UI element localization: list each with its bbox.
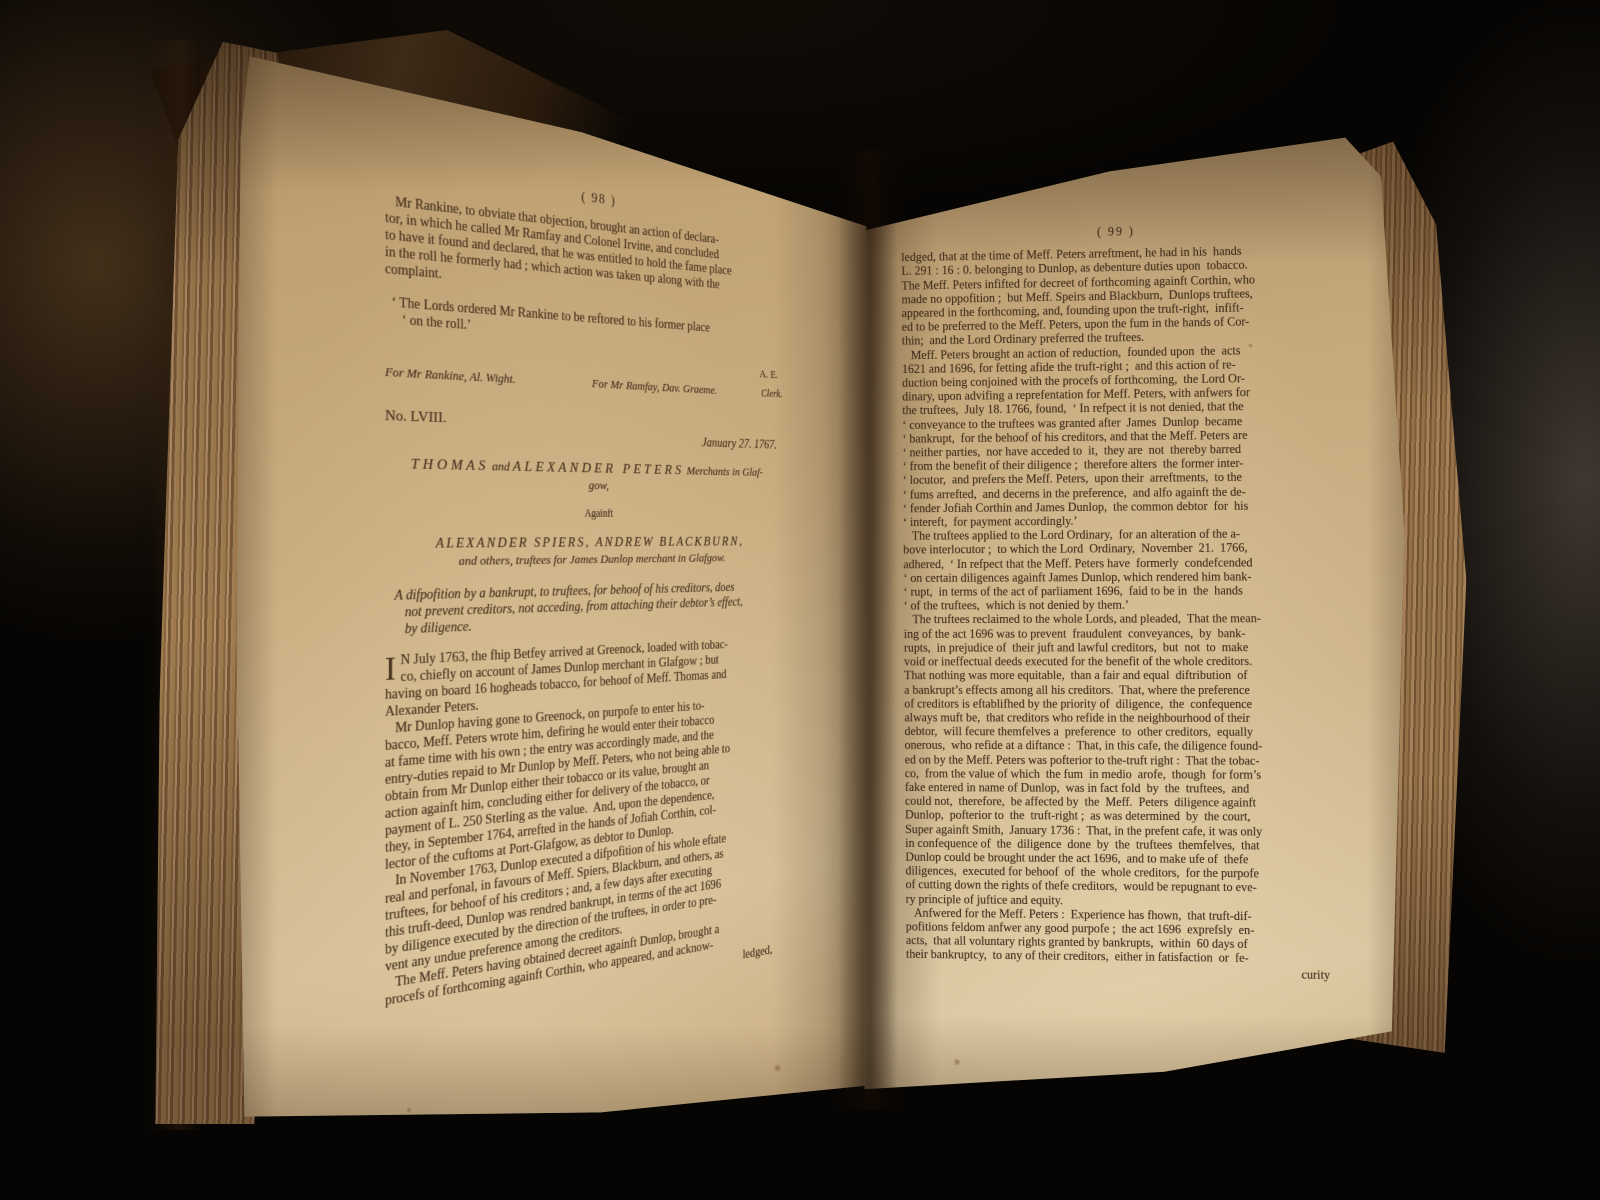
foxing-spot: [773, 1064, 782, 1072]
page-98-text: ( 98 ) Mr Rankine, to obviate that objec…: [385, 164, 782, 1027]
text-line: of creditors is eftablifhed by the prior…: [904, 696, 1338, 710]
text-line: ing of the act 1696 was to prevent fraud…: [904, 626, 1338, 641]
defenders-title: ALEXANDER SPIERS, ANDREW BLACKBURN, and …: [385, 535, 782, 570]
right-page: ( 99 ) ledged, that at the time of Meff.…: [863, 128, 1411, 1093]
text-line: rupts, in prejudice of their juft and la…: [904, 640, 1338, 655]
book-photo: ( 98 ) Mr Rankine, to obviate that objec…: [0, 0, 1600, 1200]
paragraph: Meff. Peters brought an action of reduct…: [902, 342, 1337, 530]
text-line: always muft be, that creditors who refid…: [904, 710, 1338, 725]
headnote: A difpofition by a bankrupt, to truftees…: [385, 579, 782, 639]
counsel-pursuer: For Mr Rankine, Al. Wight.: [385, 363, 515, 387]
case-number: No. LVIII.: [385, 407, 446, 426]
clerk-label: Clerk.: [761, 386, 782, 402]
foxing-spot: [406, 1107, 412, 1113]
text-line: onerous, who refide at a diftance : That…: [905, 738, 1339, 753]
gutter-shadow: [838, 150, 898, 1110]
text-line: ed on by the Meff. Peters was pofterior …: [905, 752, 1339, 768]
pursuers-title: THOMAS and ALEXANDER PETERS Merchants in…: [385, 455, 782, 495]
drop-cap: I: [385, 652, 401, 684]
title-conjunction: and: [489, 459, 513, 474]
text-line: debtor, will fecure themfelves a prefere…: [904, 724, 1338, 739]
counsel-defender: For Mr Ramfay, Dav. Graeme.: [592, 375, 717, 397]
text-line: void or ineffectual deeds executed for t…: [904, 654, 1338, 669]
text-line: That nothing was more equitable, than a …: [904, 668, 1338, 682]
paragraph: The truftees reclaimed to the whole Lord…: [904, 611, 1340, 909]
paragraph: Anfwered for the Meff. Peters : Experien…: [906, 906, 1340, 967]
pursuer-name: ALEXANDER PETERS: [513, 458, 684, 478]
text-line: a bankrupt’s effects among all his credi…: [904, 683, 1338, 697]
left-page: ( 98 ) Mr Rankine, to obviate that objec…: [233, 52, 867, 1122]
pursuer-designation: Merchants in Glaf-: [684, 464, 763, 479]
page-99-text: ( 99 ) ledged, that at the time of Meff.…: [901, 220, 1340, 982]
text-line: ‘ of the truftees, which is not denied b…: [904, 597, 1338, 613]
foxing-spot: [953, 1058, 961, 1066]
text-line: The truftees reclaimed to the whole Lord…: [904, 611, 1338, 626]
versus-label: Againft: [385, 505, 782, 523]
paragraph: ledged, that at the time of Meff. Peters…: [901, 242, 1336, 348]
pursuer-name: THOMAS: [411, 456, 489, 474]
paragraph: The truftees applied to the Lord Ordinar…: [903, 526, 1337, 613]
